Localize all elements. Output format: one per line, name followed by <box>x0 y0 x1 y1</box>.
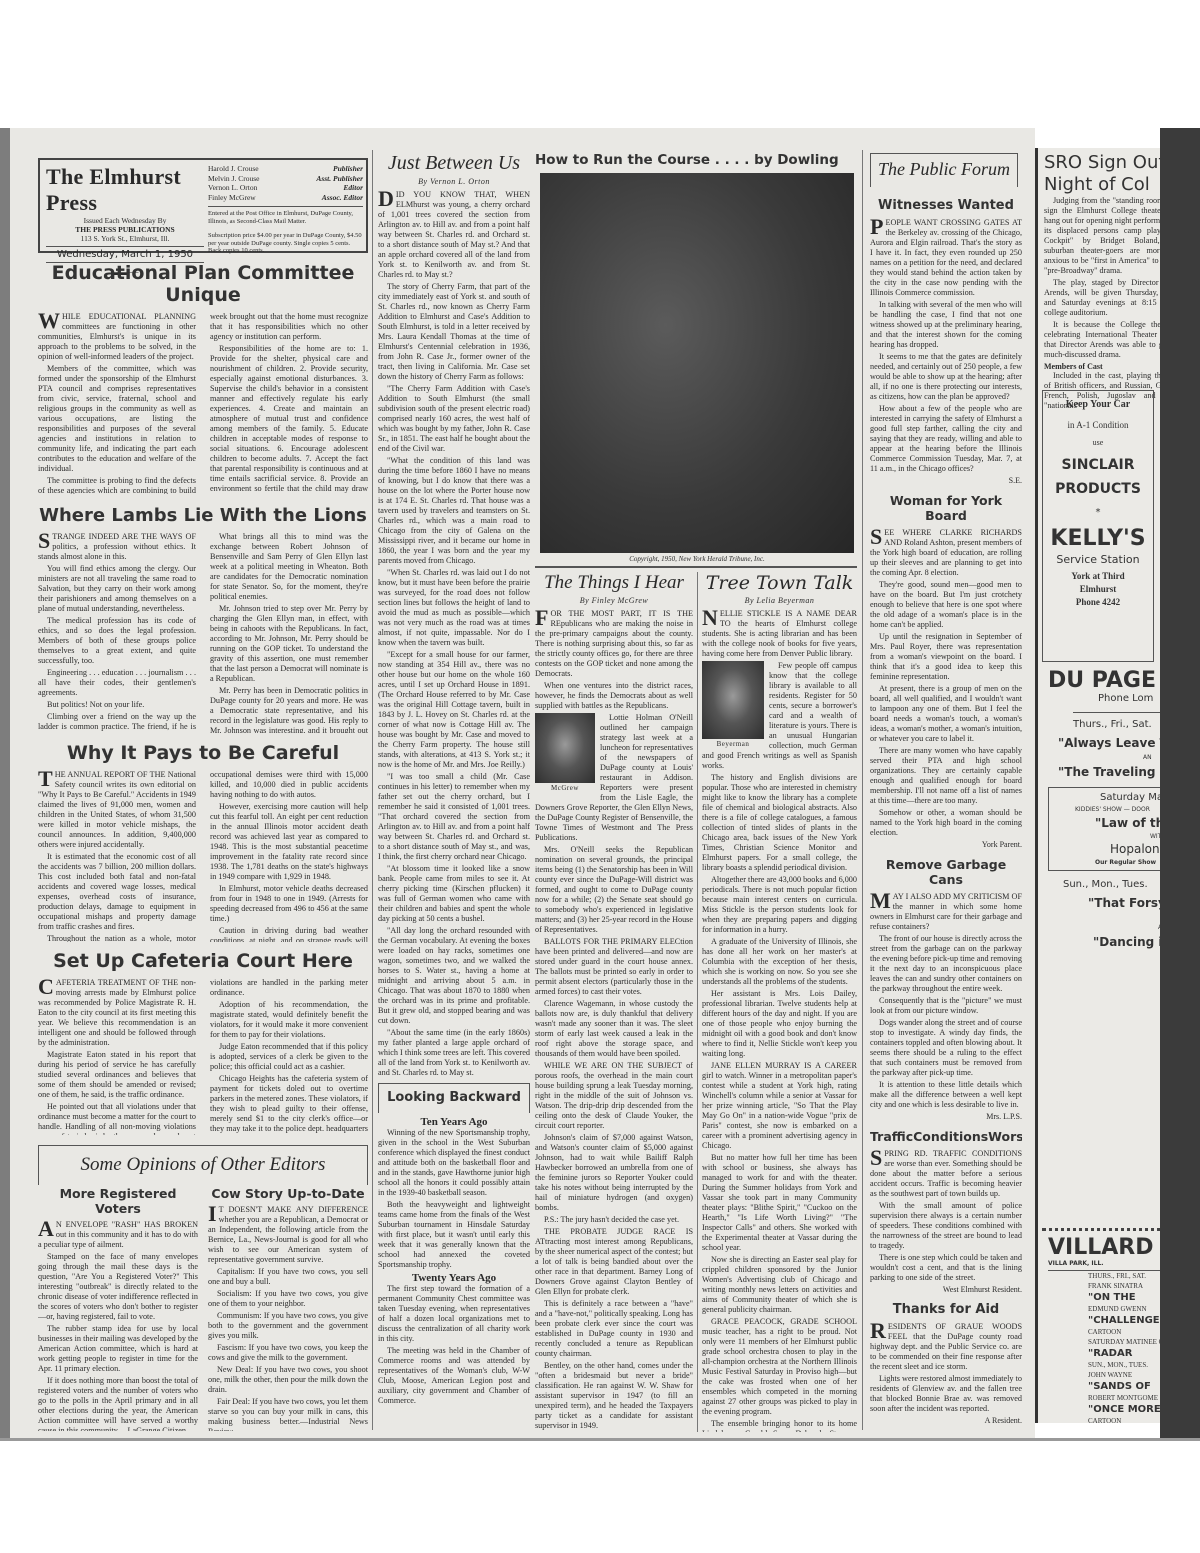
drop-cap: S <box>38 532 50 550</box>
drop-cap: F <box>535 609 548 627</box>
masthead-title: The Elmhurst Press <box>46 164 204 216</box>
film-title: "Always Leave T <box>1058 736 1160 750</box>
paragraph: The ensemble bringing honor to its home … <box>702 1419 857 1432</box>
paragraph: It is attention to these little details … <box>870 1080 1022 1110</box>
paragraph: Somehow or other, a woman should be name… <box>870 808 1022 838</box>
signature: A Resident. <box>870 1416 1022 1425</box>
staff-row: Finley McGrewAssoc. Editor <box>208 193 363 203</box>
staff-name: Vernon L. Orton <box>208 183 257 193</box>
paragraph: "At blossom time it looked like a snow b… <box>378 864 530 924</box>
scan-bottom-edge <box>0 1438 1200 1441</box>
ad-text: in A-1 Condition <box>1043 420 1153 430</box>
paragraph: "All day long the orchard resounded with… <box>378 926 530 1026</box>
ad-text: Service Station <box>1043 553 1153 566</box>
listing-line: CARTOON <box>1088 1416 1160 1423</box>
ad-name: VILLARD <box>1048 1235 1160 1260</box>
headline: Where Lambs Lie With the Lions <box>38 505 368 526</box>
headline: Remove Garbage Cans <box>870 857 1022 887</box>
headline: Witnesses Wanted <box>870 198 1022 213</box>
listing-line: "SANDS OF <box>1088 1380 1160 1393</box>
masthead: The Elmhurst Press Issued Each Wednesday… <box>38 158 368 253</box>
masthead-date: Wednesday, March 1, 1950 <box>46 246 204 263</box>
ad-text: Saturday Ma <box>1100 792 1160 803</box>
paragraph: In talking with several of the men who w… <box>870 300 1022 350</box>
film-title: Hopalong <box>1110 842 1160 856</box>
paragraph-text: EOPLE WANT CROSSING GATES AT the Berkele… <box>870 218 1022 297</box>
paragraph-text: AY I ALSO ADD MY CRITICISM OF the manner… <box>870 892 1022 931</box>
ad-name: KELLY'S <box>1043 526 1153 551</box>
paragraph: "About the same time (in the early 1860s… <box>378 1028 530 1077</box>
sro-article: SRO Sign Out Night of Col Judging from t… <box>1038 148 1160 411</box>
column-title: Tree Town Talk <box>702 572 857 594</box>
section-rule <box>535 566 857 568</box>
paragraph: Judging from the "standing room only" si… <box>1044 196 1160 276</box>
entry-note: Entered at the Post Office in Elmhurst, … <box>208 206 363 225</box>
paragraph-text: ID YOU KNOW THAT, WHEN ELMhurst was youn… <box>378 190 530 279</box>
listing-line: EDMUND GWENN <box>1088 1304 1160 1314</box>
paragraph: The medical profession has its code of e… <box>38 616 196 666</box>
drop-cap: S <box>870 1149 882 1167</box>
listing-line: "ONCE MORE M <box>1088 1403 1160 1416</box>
staff-name: Finley McGrew <box>208 193 256 203</box>
paragraph: The meeting was held in the Chamber of C… <box>378 1346 530 1406</box>
paragraph: With the small amount of police supervis… <box>870 1201 1022 1251</box>
drop-cap: N <box>702 609 718 627</box>
staff-row: Melvin J. CrouseAsst. Publisher <box>208 174 363 184</box>
subscription-note: Subscription price $4.00 per year in DuP… <box>208 229 363 255</box>
public-forum-body: Witnesses Wanted PEOPLE WANT CROSSING GA… <box>870 195 1022 1430</box>
paragraph: "What the condition of this land was dur… <box>378 456 530 566</box>
paragraph: DID YOU KNOW THAT, WHEN ELMhurst was you… <box>378 190 530 280</box>
paragraph: The history and English divisions are po… <box>702 773 857 873</box>
paragraph-text: TRANGE INDEED ARE THE WAYS OF politics, … <box>38 532 196 561</box>
masthead-publisher: THE PRESS PUBLICATIONS <box>46 225 204 234</box>
paragraph: New Deal: If you have two cows, you shoo… <box>208 1365 368 1395</box>
signature: S.E. <box>870 476 1022 485</box>
staff-role: Publisher <box>333 164 363 174</box>
cartoon-image <box>540 173 854 553</box>
paragraph: GRACE PEACOCK, GRADE SCHOOL music teache… <box>702 1317 857 1417</box>
headline: More Registered Voters <box>38 1186 198 1216</box>
paragraph: Both the heavyweight and lightweight tea… <box>378 1200 530 1270</box>
paragraph: Now she is directing an Easter seal play… <box>702 1255 857 1315</box>
paragraph: The story of Cherry Farm, that part of t… <box>378 282 530 382</box>
paragraph: THE PROBATE JUDGE RACE IS ATtracting mos… <box>535 1227 693 1297</box>
paragraph-text: OR THE MOST PART, IT IS THE REpublicans … <box>535 609 693 678</box>
staff-role: Editor <box>343 183 363 193</box>
listing-line: "ON THE <box>1088 1291 1160 1304</box>
article-body: STRANGE INDEED ARE THE WAYS OF politics,… <box>38 532 368 733</box>
paragraph: There is one step which could be taken a… <box>870 1253 1022 1283</box>
paragraph: FOR THE MOST PART, IT IS THE REpublicans… <box>535 609 693 679</box>
paragraph-text: PRING RD. TRAFFIC CONDITIONS are worse t… <box>870 1149 1022 1198</box>
paragraph-text: N ENVELOPE "RASH" HAS BROKEN out in this… <box>38 1220 198 1249</box>
paragraph: Mr. Johnson tried to step over Mr. Perry… <box>210 604 368 684</box>
paragraph: In Elmhurst, motor vehicle deaths decrea… <box>210 884 368 924</box>
staff-role: Assoc. Editor <box>322 193 363 203</box>
paragraph-text: EE WHERE CLARKE RICHARDS AND Roland Asht… <box>870 528 1022 577</box>
paragraph: Dogs wander along the street and of cour… <box>870 1018 1022 1078</box>
signature: York Parent. <box>870 840 1022 849</box>
paragraph: Judge Eaton recommended that if this pol… <box>210 1042 368 1072</box>
paragraph: Socialism: If you have two cows, you giv… <box>208 1289 368 1309</box>
drop-cap: I <box>208 1205 217 1223</box>
paragraph: SEE WHERE CLARKE RICHARDS AND Roland Ash… <box>870 528 1022 578</box>
column-divider <box>697 572 698 1432</box>
paragraph: "I was too small a child (Mr. Case conti… <box>378 772 530 862</box>
paragraph: It is estimated that the economic cost o… <box>38 852 196 932</box>
byline: By Lelia Beyerman <box>702 596 857 605</box>
column-title: The Things I Hear <box>535 572 693 594</box>
masthead-address: 113 S. York St., Elmhurst, Ill. <box>46 234 204 243</box>
mcgrew-photo <box>535 713 595 783</box>
ad-text: KIDDIES' SHOW — DOOR <box>1075 806 1160 813</box>
villard-listings: THURS., FRI., SAT.FRANK SINATRA"ON THEED… <box>1048 1271 1160 1423</box>
section-title: Some Opinions of Other Editors <box>39 1154 367 1176</box>
paragraph: Engineering . . . education . . . journa… <box>38 668 196 698</box>
paragraph: A graduate of the University of Illinois… <box>702 937 857 987</box>
mcgrew-photo-wrap: McGrew <box>535 713 595 793</box>
paragraph: "The Cherry Farm Addition with Case's Ad… <box>378 384 530 454</box>
paragraph-text: HE ANNUAL REPORT OF THE National Safety … <box>38 770 196 849</box>
ad-text: AN <box>1158 924 1160 931</box>
headline: Cow Story Up-to-Date <box>208 1186 368 1201</box>
paragraph: What brings all this to mind was the exc… <box>210 532 368 602</box>
paragraph: The rubber stamp idea for use by local b… <box>38 1324 198 1374</box>
paragraph: It seems to me that the gates are defini… <box>870 352 1022 402</box>
paragraph: Up until the resignation in September of… <box>870 632 1022 682</box>
ad-name: DU PAGE <box>1048 668 1160 693</box>
paragraph: JANE ELLEN MURRAY IS A CAREER girl to wa… <box>702 1061 857 1151</box>
paragraph: At present, there is a group of men on t… <box>870 684 1022 744</box>
paragraph: WHILE WE ARE ON THE SUBJECT of porous ro… <box>535 1061 693 1131</box>
beyerman-photo-wrap: Beyerman <box>702 661 764 749</box>
ad-text: AN <box>1143 754 1160 761</box>
staff-name: Melvin J. Crouse <box>208 174 259 184</box>
paragraph: Fair Deal: If you have two cows, you let… <box>208 1397 368 1431</box>
paragraph: BALLOTS FOR THE PRIMARY ELECtion have be… <box>535 937 693 997</box>
listing-line: CARTOON <box>1088 1327 1160 1337</box>
paragraph: How about a few of the people who are in… <box>870 404 1022 474</box>
drop-cap: R <box>870 1322 886 1340</box>
paragraph: IT DOESN'T MAKE ANY DIFFERENCE whether y… <box>208 1205 368 1265</box>
headline: Set Up Cafeteria Court Here <box>38 950 368 972</box>
saturday-box: Saturday Ma KIDDIES' SHOW — DOOR "Law of… <box>1048 787 1160 871</box>
paragraph: Stamped on the face of many envelopes go… <box>38 1252 198 1322</box>
drop-cap: D <box>378 190 394 208</box>
paragraph: The front of our house is directly acros… <box>870 934 1022 994</box>
paragraph: Caution in driving during bad weather co… <box>210 926 368 942</box>
byline: By Vernon L. Orton <box>378 177 530 186</box>
paragraph: Johnson's claim of $7,000 against Watson… <box>535 1133 693 1213</box>
ad-text: Our Regular Show <box>1095 859 1160 866</box>
adjacent-page-strip: SRO Sign Out Night of Col Judging from t… <box>1035 148 1160 1423</box>
ad-text: use <box>1043 438 1153 447</box>
ad-text: Thurs., Fri., Sat. <box>1073 712 1160 730</box>
listing-line: THURS., FRI., SAT. <box>1088 1271 1160 1281</box>
looking-backward-body: Ten Years Ago Winning of the new Sportsm… <box>378 1116 530 1431</box>
staff-row: Harold J. CrousePublisher <box>208 164 363 174</box>
paragraph: Chicago Heights has the cafeteria system… <box>210 1074 368 1135</box>
drop-cap: A <box>38 1220 54 1238</box>
article-body: WHILE EDUCATIONAL PLANNING committees ar… <box>38 312 368 494</box>
paragraph: The first step toward the formation of a… <box>378 1284 530 1344</box>
paragraph: This is definitely a race between a "hav… <box>535 1299 693 1359</box>
paragraph: Mrs. O'Neill seeks the Republican nomina… <box>535 845 693 935</box>
section-title: Looking Backward <box>379 1090 529 1105</box>
listing-line: FRANK SINATRA <box>1088 1281 1160 1291</box>
staff-box: Harold J. CrousePublisher Melvin J. Crou… <box>208 164 363 255</box>
editorial-pays-careful: Why It Pays to Be Careful THE ANNUAL REP… <box>38 742 368 942</box>
paragraph: The play, staged by Director C. C. Arend… <box>1044 278 1160 318</box>
column-just-between-us: Just Between Us By Vernon L. Orton DID Y… <box>378 152 530 1077</box>
staff-role: Asst. Publisher <box>316 174 363 184</box>
headline: Why It Pays to Be Careful <box>38 742 368 764</box>
article-registered-voters: More Registered Voters AN ENVELOPE "RASH… <box>38 1186 198 1431</box>
paragraph: If it does nothing more than boost the t… <box>38 1376 198 1431</box>
paragraph: Magistrate Eaton stated in his report th… <box>38 1050 196 1100</box>
listing-line: "RADAR <box>1088 1347 1160 1360</box>
ad-text: WIT <box>1150 833 1160 840</box>
column-divider <box>372 150 373 1430</box>
column-tree-town-talk: Tree Town Talk By Lelia Beyerman NELLIE … <box>702 572 857 1432</box>
paragraph: NELLIE STICKLE IS A NAME DEAR TO the hea… <box>702 609 857 659</box>
paragraph: Responsibilities of the home are to: 1. … <box>210 344 368 494</box>
signature: Mrs. L.P.S. <box>870 1112 1022 1121</box>
paragraph: There are many women who have capably se… <box>870 746 1022 806</box>
paragraph-text: HILE EDUCATIONAL PLANNING committees are… <box>38 312 196 361</box>
paragraph: THE ANNUAL REPORT OF THE National Safety… <box>38 770 196 850</box>
paragraph: WHILE EDUCATIONAL PLANNING committees ar… <box>38 312 196 362</box>
paragraph: MAY I ALSO ADD MY CRITICISM OF the manne… <box>870 892 1022 932</box>
subheading: Members of Cast <box>1044 362 1160 371</box>
editorial-lambs-lions: Where Lambs Lie With the Lions STRANGE I… <box>38 505 368 733</box>
headline: Woman for York Board <box>870 493 1022 523</box>
scan-edge-right <box>1160 128 1200 1438</box>
headline: SRO Sign Out Night of Col <box>1044 152 1160 196</box>
paragraph: Bentley, on the other hand, comes under … <box>535 1361 693 1431</box>
looking-backward-box: Looking Backward <box>378 1083 530 1113</box>
staff-row: Vernon L. OrtonEditor <box>208 183 363 193</box>
paragraph: You will find ethics among the clergy. O… <box>38 564 196 614</box>
paragraph: P.S.: The jury hasn't decided the case y… <box>535 1215 693 1225</box>
other-editors-box: Some Opinions of Other Editors <box>38 1145 368 1185</box>
star-icon: * <box>1043 507 1153 518</box>
article-body: THE ANNUAL REPORT OF THE National Safety… <box>38 770 368 942</box>
drop-cap: M <box>870 892 891 910</box>
paragraph: PEOPLE WANT CROSSING GATES AT the Berkel… <box>870 218 1022 298</box>
film-title: "Law of the <box>1095 816 1160 830</box>
drop-cap: C <box>38 978 54 996</box>
ad-city: Elmhurst <box>1043 584 1153 594</box>
headline: TrafficConditionsWorse <box>870 1129 1022 1144</box>
listing-line: "CHALLENGE <box>1088 1314 1160 1327</box>
headline: Thanks for Aid <box>870 1302 1022 1317</box>
villard-theater-ad: VILLARD VILLA PARK, ILL. THURS., FRI., S… <box>1042 1228 1160 1423</box>
paragraph: The committee is probing to find the def… <box>38 476 196 494</box>
paragraph: Clarence Wagemann, in whose custody the … <box>535 999 693 1059</box>
paragraph: "When St. Charles rd. was laid out I do … <box>378 568 530 648</box>
paragraph: Mr. Perry has been in Democratic politic… <box>210 686 368 733</box>
film-title: "The Traveling <box>1058 765 1160 779</box>
public-forum-box: The Public Forum <box>870 153 1018 187</box>
paragraph: Climbing over a friend on the way up the… <box>38 712 196 733</box>
masthead-issued: Issued Each Wednesday By <box>46 216 204 225</box>
paragraph: It is because the College theater is cel… <box>1044 320 1160 360</box>
paragraph: Lights were restored almost immediately … <box>870 1374 1022 1414</box>
ad-address: York at Third <box>1043 571 1153 581</box>
cartoon-copyright: Copyright, 1950, New York Herald Tribune… <box>540 555 854 563</box>
ad-brand: SINCLAIR <box>1043 457 1153 473</box>
paragraph-text: T DOESN'T MAKE ANY DIFFERENCE whether yo… <box>208 1205 368 1264</box>
paragraph: Adoption of his recommendation, the magi… <box>210 1000 368 1040</box>
photo-caption: McGrew <box>535 784 595 792</box>
signature: West Elmhurst Resident. <box>870 1285 1022 1294</box>
listing-line: SATURDAY MATINEE ON <box>1088 1337 1160 1347</box>
drop-cap: P <box>870 218 883 236</box>
paragraph: Communism: If you have two cows, you giv… <box>208 1311 368 1341</box>
column-title: Just Between Us <box>378 152 530 175</box>
ad-text: Keep Your Car <box>1043 399 1153 410</box>
paragraph: AN ENVELOPE "RASH" HAS BROKEN out in thi… <box>38 1220 198 1250</box>
paragraph: SPRING RD. TRAFFIC CONDITIONS are worse … <box>870 1149 1022 1199</box>
dupage-theater-ad: DU PAGE Phone Lom Thurs., Fri., Sat. "Al… <box>1042 668 1160 949</box>
editorial-educational-plan: Educational Plan Committee Unique WHILE … <box>38 262 368 494</box>
article-cow-story: Cow Story Up-to-Date IT DOESN'T MAKE ANY… <box>208 1186 368 1431</box>
ad-brand: PRODUCTS <box>1043 481 1153 497</box>
paragraph: However, exercising more caution will he… <box>210 802 368 882</box>
kelly-service-station-ad: Keep Your Car in A-1 Condition use SINCL… <box>1042 390 1154 662</box>
paragraph: Members of the committee, which was form… <box>38 364 196 474</box>
photo-caption: Beyerman <box>702 740 764 748</box>
paragraph-text: AFETERIA TREATMENT OF THE non-moving arr… <box>38 978 196 1047</box>
article-body: CAFETERIA TREATMENT OF THE non-moving ar… <box>38 978 368 1135</box>
paragraph-text: ELLIE STICKLE IS A NAME DEAR TO the hear… <box>702 609 857 658</box>
paragraph: "Except for a small house for our farmer… <box>378 650 530 770</box>
section-title: The Public Forum <box>871 159 1017 180</box>
film-title: "That Forsyt <box>1088 896 1160 910</box>
ad-city: VILLA PARK, ILL. <box>1048 1260 1160 1271</box>
drop-cap: T <box>38 770 53 788</box>
editorial-cafeteria-court: Set Up Cafeteria Court Here CAFETERIA TR… <box>38 950 368 1135</box>
drop-cap: S <box>870 528 882 546</box>
film-title: "Dancing in <box>1093 935 1160 949</box>
beyerman-photo <box>702 661 764 739</box>
subheading: Twenty Years Ago <box>378 1272 530 1284</box>
subheading: Ten Years Ago <box>378 1116 530 1128</box>
listing-line: SUN., MON., TUES. <box>1088 1360 1160 1370</box>
paragraph: But politics! Not on your life. <box>38 700 196 710</box>
paragraph: RESIDENTS OF GRAUE WOODS FEEL that the D… <box>870 1322 1022 1372</box>
paragraph: Winning of the new Sportsmanship trophy,… <box>378 1128 530 1198</box>
byline: By Finley McGrew <box>535 596 693 605</box>
paragraph-text: ESIDENTS OF GRAUE WOODS FEEL that the Du… <box>870 1322 1022 1371</box>
paragraph: Fascism: If you have two cows, you keep … <box>208 1343 368 1363</box>
paragraph: Consequently that is the "picture" we mu… <box>870 996 1022 1016</box>
paragraph: STRANGE INDEED ARE THE WAYS OF politics,… <box>38 532 196 562</box>
column-divider <box>862 150 863 1430</box>
ad-text: Sun., Mon., Tues. <box>1063 879 1160 890</box>
drop-cap: W <box>38 312 60 330</box>
paragraph: Capitalism: If you have two cows, you se… <box>208 1267 368 1287</box>
paragraph: They're good, sound men—good men to have… <box>870 580 1022 630</box>
cartoon-title: How to Run the Course . . . . by Dowling <box>535 152 857 168</box>
staff-name: Harold J. Crouse <box>208 164 259 174</box>
paragraph: Her assistant is Mrs. Lois Dailey, profe… <box>702 989 857 1059</box>
paragraph: CAFETERIA TREATMENT OF THE non-moving ar… <box>38 978 196 1048</box>
listing-line: ROBERT MONTGOME <box>1088 1393 1160 1403</box>
paragraph: Altogether there are 43,000 books and 6,… <box>702 875 857 935</box>
paragraph: When one ventures into the district race… <box>535 681 693 711</box>
listing-line: JOHN WAYNE <box>1088 1370 1160 1380</box>
ad-phone: Phone Lom <box>1098 693 1160 704</box>
ad-phone: Phone 4242 <box>1043 597 1153 607</box>
headline: Educational Plan Committee Unique <box>38 262 368 306</box>
paragraph: But no matter how full her time has been… <box>702 1153 857 1253</box>
column-things-i-hear: The Things I Hear By Finley McGrew FOR T… <box>535 572 693 1432</box>
